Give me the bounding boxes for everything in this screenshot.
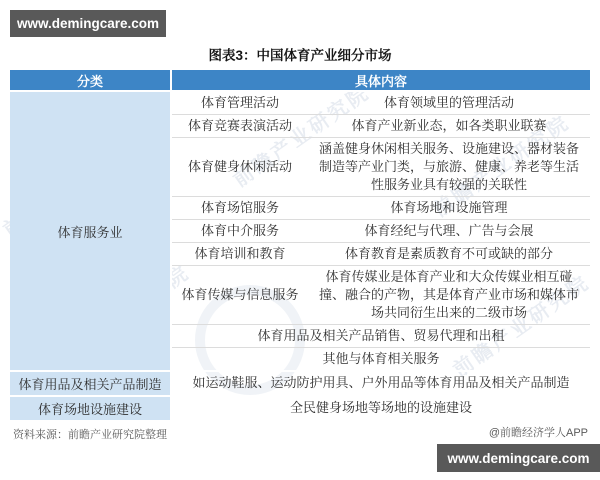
category-cell: 体育场地设施建设 <box>10 397 172 420</box>
category-group: 体育用品及相关产品制造如运动鞋服、运动防护用具、户外用品等体育用品及相关产品制造 <box>10 370 590 395</box>
header-category: 分类 <box>10 70 172 90</box>
segmentation-table: 分类 具体内容 体育服务业体育管理活动体育领域里的管理活动体育竞赛表演活动体育产… <box>10 70 590 420</box>
table-row: 体育传媒与信息服务体育传媒业是体育产业和大众传媒业相互碰撞、融合的产物，其是体育… <box>172 265 590 324</box>
header-content: 具体内容 <box>172 70 590 90</box>
table-row: 体育用品及相关产品销售、贸易代理和出租 <box>172 324 590 347</box>
table-row: 如运动鞋服、运动防护用具、户外用品等体育用品及相关产品制造 <box>172 372 590 394</box>
table-body: 体育服务业体育管理活动体育领域里的管理活动体育竞赛表演活动体育产业新业态，如各类… <box>10 90 590 420</box>
description-cell: 如运动鞋服、运动防护用具、户外用品等体育用品及相关产品制造 <box>172 372 590 394</box>
description-cell: 体育产业新业态，如各类职业联赛 <box>308 115 590 137</box>
table-row: 体育培训和教育体育教育是素质教育不可或缺的部分 <box>172 242 590 265</box>
description-cell: 全民健身场地等场地的设施建设 <box>172 397 590 419</box>
subcategory-cell: 体育竞赛表演活动 <box>172 115 308 137</box>
description-cell: 涵盖健身休闲相关服务、设施建设、器材装备制造等产业门类，与旅游、健康、养老等生活… <box>308 138 590 196</box>
table-row: 其他与体育相关服务 <box>172 347 590 370</box>
page: 前瞻产业研究院 前瞻产业研究院 前瞻产业研究院 前瞻产业研究院 前瞻产业研究院 … <box>0 0 600 480</box>
description-cell: 其他与体育相关服务 <box>172 348 590 370</box>
credit-note: @前瞻经济学人APP <box>489 424 588 440</box>
description-cell: 体育用品及相关产品销售、贸易代理和出租 <box>172 325 590 347</box>
group-rows: 如运动鞋服、运动防护用具、户外用品等体育用品及相关产品制造 <box>172 372 590 395</box>
description-cell: 体育经纪与代理、广告与会展 <box>308 220 590 242</box>
table-header-row: 分类 具体内容 <box>10 70 590 90</box>
description-cell: 体育领域里的管理活动 <box>308 92 590 114</box>
description-cell: 体育传媒业是体育产业和大众传媒业相互碰撞、融合的产物，其是体育产业市场和媒体市场… <box>308 266 590 324</box>
subcategory-cell: 体育中介服务 <box>172 220 308 242</box>
description-cell: 体育教育是素质教育不可或缺的部分 <box>308 243 590 265</box>
category-group: 体育场地设施建设全民健身场地等场地的设施建设 <box>10 395 590 420</box>
table-row: 体育场馆服务体育场地和设施管理 <box>172 196 590 219</box>
group-rows: 体育管理活动体育领域里的管理活动体育竞赛表演活动体育产业新业态，如各类职业联赛体… <box>172 92 590 370</box>
subcategory-cell: 体育场馆服务 <box>172 197 308 219</box>
table-row: 体育管理活动体育领域里的管理活动 <box>172 92 590 114</box>
site-banner-bottom: www.demingcare.com <box>437 444 600 472</box>
subcategory-cell: 体育传媒与信息服务 <box>172 266 308 324</box>
subcategory-cell: 体育培训和教育 <box>172 243 308 265</box>
table-row: 体育健身休闲活动涵盖健身休闲相关服务、设施建设、器材装备制造等产业门类，与旅游、… <box>172 137 590 196</box>
subcategory-cell: 体育健身休闲活动 <box>172 138 308 196</box>
subcategory-cell: 体育管理活动 <box>172 92 308 114</box>
group-rows: 全民健身场地等场地的设施建设 <box>172 397 590 420</box>
table-row: 体育竞赛表演活动体育产业新业态，如各类职业联赛 <box>172 114 590 137</box>
category-cell: 体育用品及相关产品制造 <box>10 372 172 395</box>
source-note: 资料来源：前瞻产业研究院整理 <box>13 426 167 442</box>
category-group: 体育服务业体育管理活动体育领域里的管理活动体育竞赛表演活动体育产业新业态，如各类… <box>10 90 590 370</box>
description-cell: 体育场地和设施管理 <box>308 197 590 219</box>
figure-title: 图表3：中国体育产业细分市场 <box>0 44 600 64</box>
category-cell: 体育服务业 <box>10 92 172 370</box>
table-row: 全民健身场地等场地的设施建设 <box>172 397 590 419</box>
site-banner-top: www.demingcare.com <box>10 10 166 37</box>
table-row: 体育中介服务体育经纪与代理、广告与会展 <box>172 219 590 242</box>
